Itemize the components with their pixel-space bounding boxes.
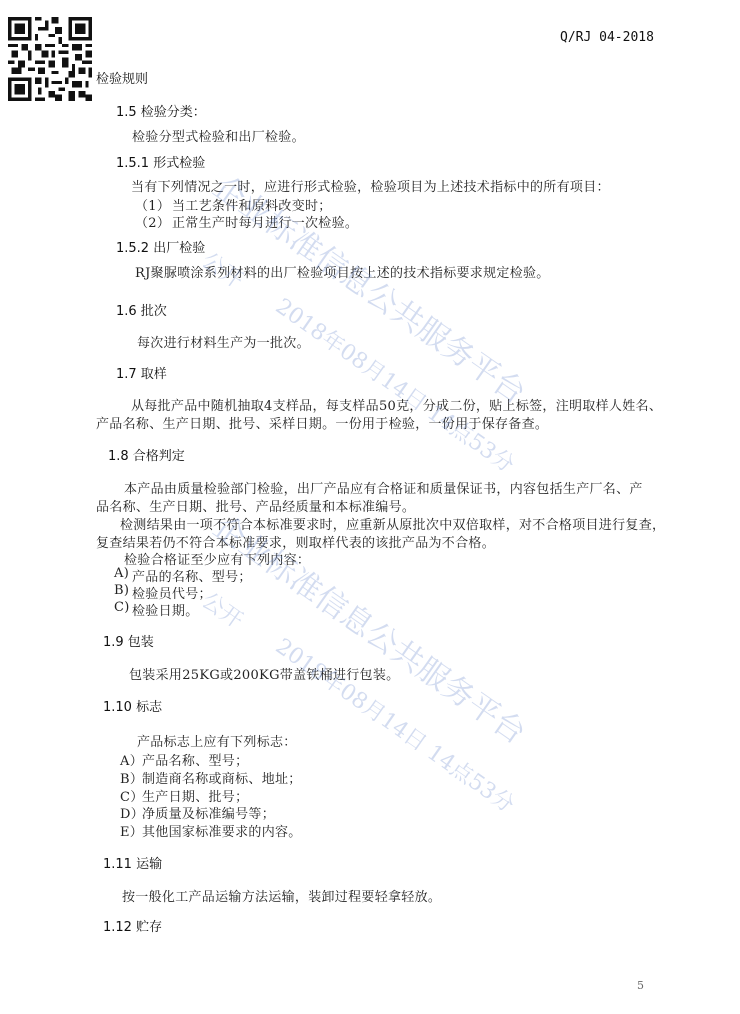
heading-1-5-1: 1.5.1 形式检验 [116, 152, 205, 171]
paragraph-1-5: 检验分型式检验和出厂检验。 [132, 126, 305, 145]
paragraph-1-5-2: RJ聚脲喷涂系列材料的出厂检验项目按上述的技术指标要求规定检验。 [135, 262, 550, 281]
list-item-marker: D） [120, 803, 144, 822]
list-item: 其他国家标准要求的内容。 [142, 821, 302, 840]
list-item-marker: （2） [135, 212, 170, 231]
watermark-timestamp: 2018年08月14日 14点53分 [270, 290, 521, 479]
paragraph-1-7-line2: 产品名称、生产日期、批号、采样日期。一份用于检验，一份用于保存备查。 [96, 413, 548, 432]
heading-1-5-2: 1.5.2 出厂检验 [116, 237, 205, 256]
qr-code-icon [8, 17, 92, 101]
list-item-marker: B） [120, 768, 143, 787]
list-item: 净质量及标准编号等； [142, 803, 275, 822]
heading-1-9: 1.9 包装 [103, 631, 154, 650]
list-item-marker: A) [114, 566, 129, 581]
list-item-marker: A） [120, 750, 143, 769]
heading-1-12: 1.12 贮存 [103, 916, 162, 935]
list-item: 检验日期。 [132, 600, 199, 619]
paragraph-1-5-1-intro: 当有下列情况之一时，应进行形式检验，检验项目为上述技术指标中的所有项目： [131, 176, 610, 195]
heading-1-6: 1.6 批次 [116, 300, 167, 319]
page-number: 5 [637, 979, 644, 992]
paragraph-1-9: 包装采用25KG或200KG带盖铁桶进行包装。 [129, 664, 399, 683]
paragraph-1-8-p2-line1: 检测结果由一项不符合本标准要求时，应重新从原批次中双倍取样，对不合格项目进行复查… [120, 514, 665, 533]
list-item-marker: B) [114, 583, 129, 598]
heading-1-5: 1.5 检验分类： [116, 101, 206, 120]
paragraph-1-8-p1-line2: 品名称、生产日期、批号、产品经质量和本标准编号。 [96, 496, 415, 515]
list-item: 产品名称、型号； [142, 750, 248, 769]
paragraph-1-6: 每次进行材料生产为一批次。 [137, 332, 310, 351]
paragraph-1-11: 按一般化工产品运输方法运输，装卸过程要轻拿轻放。 [122, 886, 441, 905]
paragraph-1-8-p1-line1: 本产品由质量检验部门检验，出厂产品应有合格证和质量保证书，内容包括生产厂名、产 [124, 478, 643, 497]
paragraph-1-10-intro: 产品标志上应有下列标志： [137, 731, 297, 750]
heading-1-10: 1.10 标志 [103, 696, 162, 715]
heading-1-11: 1.11 运输 [103, 853, 162, 872]
doc-code: Q/RJ 04-2018 [560, 30, 654, 45]
list-item: 正常生产时每月进行一次检验。 [172, 212, 358, 231]
list-item-marker: E） [120, 821, 143, 840]
section-title: 检验规则 [96, 68, 148, 87]
heading-1-7: 1.7 取样 [116, 363, 167, 382]
list-item: 制造商名称或商标、地址； [142, 768, 302, 787]
watermark-timestamp: 2018年08月14日 14点53分 [270, 630, 521, 819]
list-item-marker: C) [114, 600, 130, 615]
paragraph-1-7-line1: 从每批产品中随机抽取4支样品，每支样品50克，分成二份，贴上标签，注明取样人姓名… [131, 395, 662, 414]
heading-1-8: 1.8 合格判定 [108, 445, 185, 464]
